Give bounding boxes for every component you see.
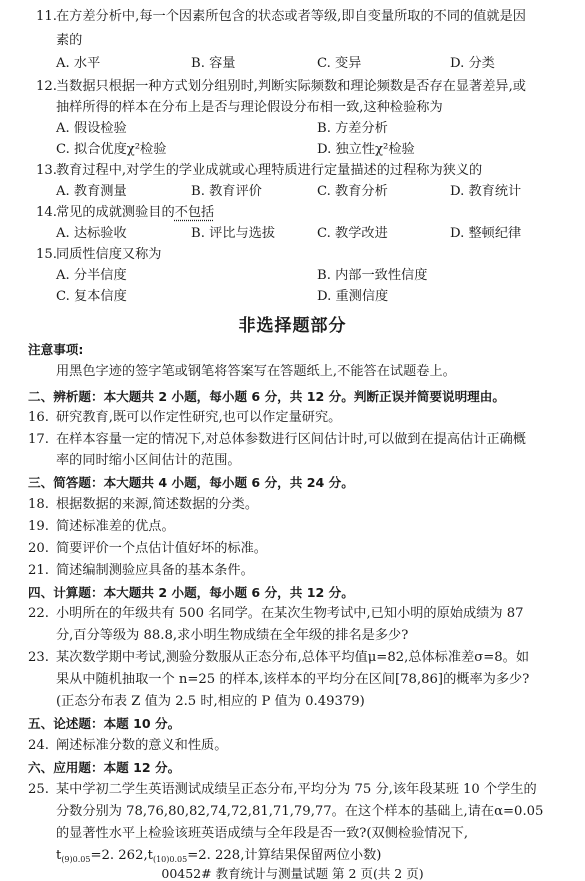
question-text: 在方差分析中,每一个因素所包含的状态或者等级,即自变量所取的不同的值就是因 — [56, 9, 526, 25]
option-a: A. 达标验收 — [56, 226, 127, 242]
question-text: 分数分别为 78,76,80,82,74,72,81,71,79,77。在这个样… — [56, 804, 543, 820]
question-number: 15. — [36, 247, 57, 263]
question-number: 13. — [36, 163, 57, 179]
section-heading-4: 四、计算题：本大题共 2 小题，每小题 6 分，共 12 分。 — [28, 585, 354, 601]
section-title: 非选择题部分 — [0, 315, 585, 337]
option-a: A. 水平 — [56, 56, 100, 72]
question-number: 21. — [28, 563, 49, 579]
question-number: 20. — [28, 541, 49, 557]
question-number: 25. — [28, 782, 49, 798]
notice-text: 用黑色字迹的签字笔或钢笔将答案写在答题纸上,不能答在试题卷上。 — [56, 364, 456, 380]
question-text-main: 常见的成就测验目的 — [56, 205, 175, 220]
question-text: 简述标准差的优点。 — [56, 519, 175, 535]
question-number: 16. — [28, 410, 49, 426]
question-text: 研究教育,既可以作定性研究,也可以作定量研究。 — [56, 410, 341, 426]
question-number: 17. — [28, 432, 49, 448]
emphasized-text: 不包括 — [175, 205, 215, 220]
question-text: 根据数据的来源,简述数据的分类。 — [56, 497, 258, 513]
option-b: B. 评比与选拔 — [191, 226, 275, 242]
question-text: 分,百分等级为 88.8,求小明生物成绩在全年级的排名是多少? — [56, 628, 408, 644]
question-text: 某次数学期中考试,测验分数服从正态分布,总体平均值μ=82,总体标准差σ=8。如 — [56, 650, 529, 666]
question-number: 11. — [36, 9, 57, 25]
option-b: B. 教育评价 — [191, 184, 262, 200]
question-number: 18. — [28, 497, 49, 513]
question-text: 的显著性水平上检验该班英语成绩与全年段是否一致?(双侧检验情况下, — [56, 826, 468, 842]
question-text: 教育过程中,对学生的学业成就或心理特质进行定量描述的过程称为狭义的 — [56, 163, 482, 179]
option-b: B. 内部一致性信度 — [317, 268, 427, 284]
option-a: A. 假设检验 — [56, 121, 127, 137]
option-c: C. 变异 — [317, 56, 361, 72]
question-text: 简述编制测验应具备的基本条件。 — [56, 563, 254, 579]
option-d: D. 重测信度 — [317, 289, 388, 305]
t9-subscript: (9)0.05 — [61, 855, 90, 864]
question-text: 常见的成就测验目的不包括 — [56, 205, 214, 221]
question-text: 素的 — [56, 33, 82, 49]
question-number: 14. — [36, 205, 57, 221]
question-number: 24. — [28, 738, 49, 754]
section-heading-5: 五、论述题：本题 10 分。 — [28, 716, 180, 732]
question-text: 某中学初二学生英语测试成绩呈正态分布,平均分为 75 分,该年段某班 10 个学… — [56, 782, 537, 798]
question-text: 果从中随机抽取一个 n=25 的样本,该样本的平均分在区间[78,86]的概率为… — [56, 672, 529, 688]
question-text: (正态分布表 Z 值为 2.5 时,相应的 P 值为 0.49379) — [56, 694, 365, 710]
option-d: D. 独立性χ²检验 — [317, 142, 415, 158]
t10-subscript: (10)0.05 — [153, 855, 187, 864]
option-c: C. 复本信度 — [56, 289, 127, 305]
question-text: 在样本容量一定的情况下,对总体参数进行区间估计时,可以做到在提高估计正确概 — [56, 432, 526, 448]
question-number: 23. — [28, 650, 49, 666]
question-number: 19. — [28, 519, 49, 535]
option-a: A. 分半信度 — [56, 268, 127, 284]
page-footer: 00452# 教育统计与测量试题 第 2 页(共 2 页) — [0, 864, 585, 881]
question-text: 同质性信度又称为 — [56, 247, 162, 263]
question-text: 率的同时缩小区间估计的范围。 — [56, 453, 241, 469]
option-c: C. 教育分析 — [317, 184, 388, 200]
option-b: B. 方差分析 — [317, 121, 388, 137]
question-text: 抽样所得的样本在分布上是否与理论假设分布相一致,这种检验称为 — [56, 100, 443, 116]
question-text: 小明所在的年级共有 500 名同学。在某次生物考试中,已知小明的原始成绩为 87 — [56, 606, 524, 622]
t10-value: =2. 228,计算结果保留两位小数) — [187, 848, 381, 863]
section-heading-3: 三、简答题：本大题共 4 小题，每小题 6 分，共 24 分。 — [28, 475, 354, 491]
option-c: C. 拟合优度χ²检验 — [56, 142, 166, 158]
question-text: 当数据只根据一种方式划分组别时,判断实际频数和理论频数是否存在显著差异,或 — [56, 79, 526, 95]
notice-label: 注意事项: — [28, 342, 83, 358]
question-text: 简要评价一个点估计值好坏的标准。 — [56, 541, 267, 557]
option-a: A. 教育测量 — [56, 184, 127, 200]
option-c: C. 教学改进 — [317, 226, 388, 242]
option-d: D. 分类 — [450, 56, 495, 72]
option-b: B. 容量 — [191, 56, 235, 72]
question-number: 12. — [36, 79, 57, 95]
option-d: D. 整顿纪律 — [450, 226, 521, 242]
question-text: 阐述标准分数的意义和性质。 — [56, 738, 227, 754]
section-heading-6: 六、应用题：本题 12 分。 — [28, 760, 180, 776]
question-number: 22. — [28, 606, 49, 622]
section-heading-2: 二、辨析题：本大题共 2 小题，每小题 6 分，共 12 分。判断正误并简要说明… — [28, 389, 505, 405]
t9-value: =2. 262, — [90, 848, 147, 863]
option-d: D. 教育统计 — [450, 184, 521, 200]
